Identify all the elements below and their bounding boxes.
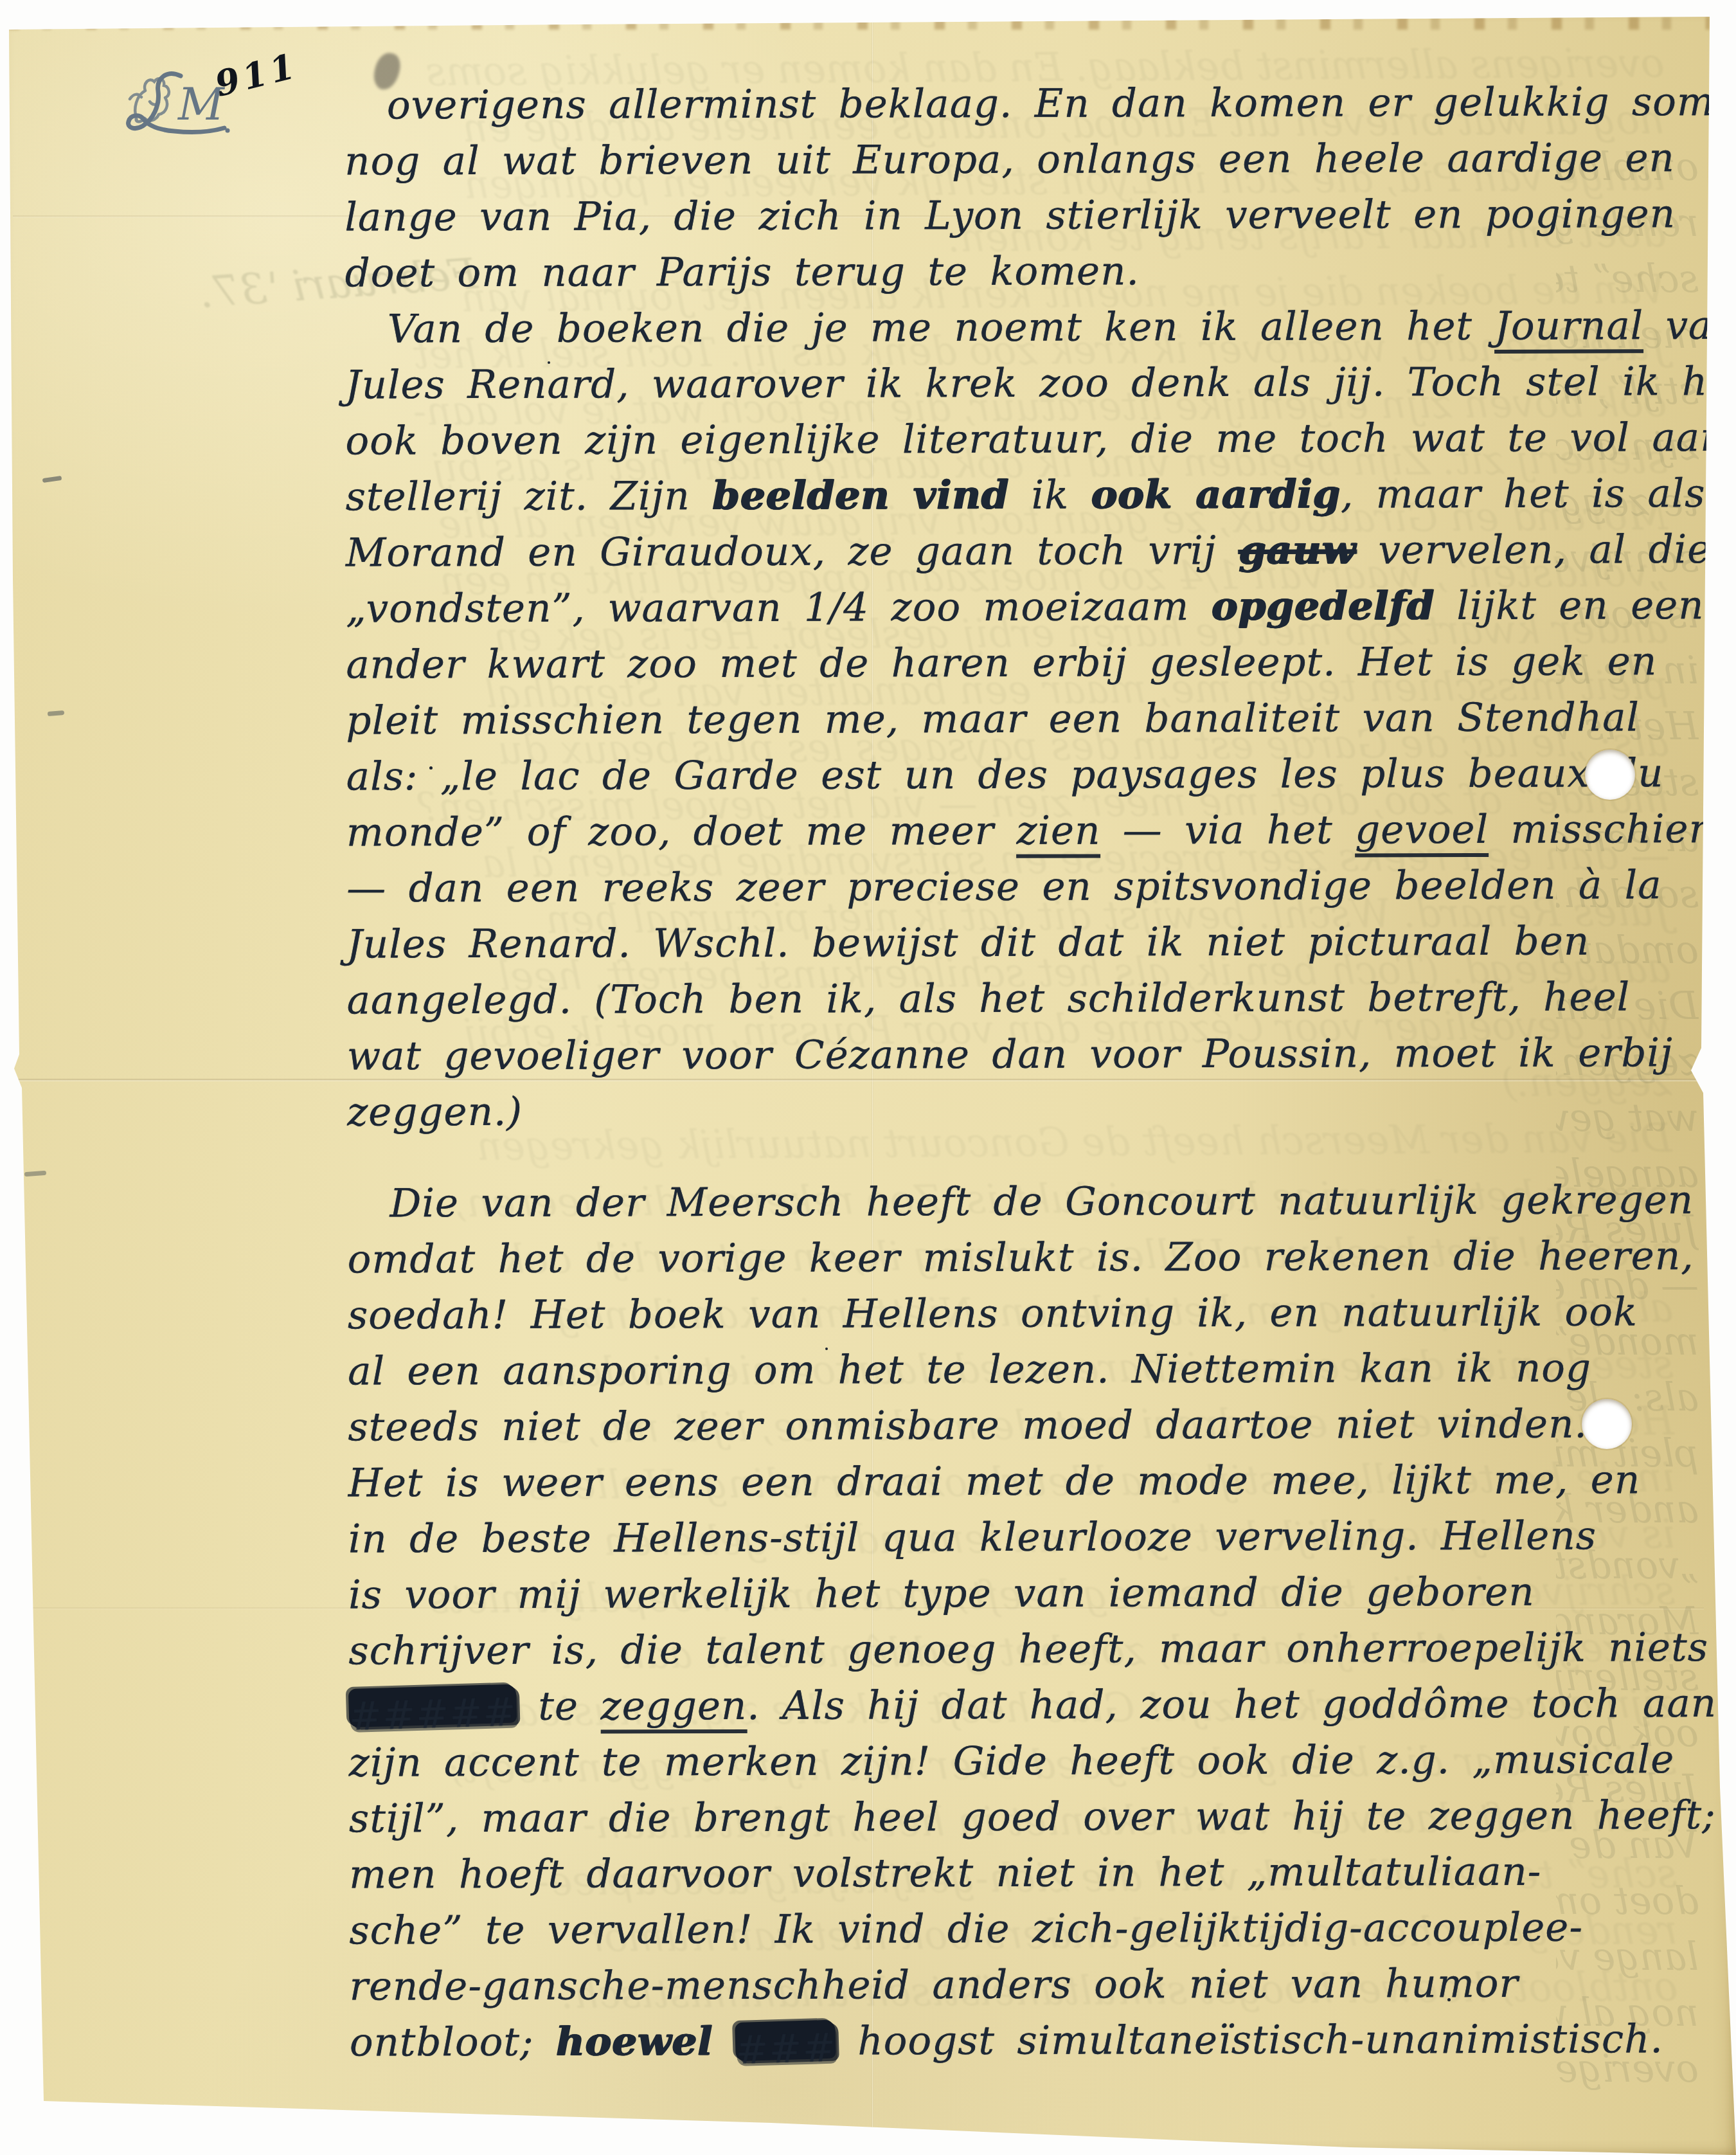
letter-text: nog al wat brieven uit Europa, onlangs e… xyxy=(345,135,1675,184)
letter-text: als: „le lac de Garde est un des paysage… xyxy=(346,750,1664,799)
letter-text: lange van Pia, die zich in Lyon stierlij… xyxy=(345,191,1676,240)
letter-text: schrijver is, die talent genoeg heeft, m… xyxy=(348,1625,1708,1674)
letter-line: ander kwart zoo met de haren erbij gesle… xyxy=(346,633,1618,692)
letter-line: wat gevoeliger voor Cézanne dan voor Pou… xyxy=(347,1025,1620,1084)
letter-text: „vondsten”, waarvan 1/4 zoo moeizaam xyxy=(346,584,1212,632)
letter-line: zijn accent te merken zijn! Gide heeft o… xyxy=(349,1731,1622,1790)
letter-line: monde” of zoo, doet me meer zien — via h… xyxy=(346,801,1619,860)
letter-line: stellerij zit. Zijn beelden vind ik ook … xyxy=(346,465,1618,525)
letter-text: rende-gansche-menschheid anders ook niet… xyxy=(350,1961,1519,2010)
letter-text: stijl”, maar die brengt heel goed over w… xyxy=(349,1792,1716,1842)
letter-text: Jules Renard. Wschl. bewijst dit dat ik … xyxy=(346,919,1589,968)
stamp-period-dot xyxy=(226,129,230,133)
letter-text: soedah! Het boek van Hellens ontving ik,… xyxy=(348,1289,1638,1338)
letter-line: steeds niet de zeer onmisbare moed daart… xyxy=(348,1396,1620,1455)
letter-text: omdat het de vorige keer mislukt is. Zoo… xyxy=(348,1233,1694,1282)
letter-text: zeggen xyxy=(600,1683,747,1734)
letter-text: lijkt en een xyxy=(1435,582,1705,629)
letter-line: Het is weer eens een draai met de mode m… xyxy=(348,1452,1621,1511)
letter-text: zeggen.) xyxy=(347,1089,523,1135)
letter-line: pleit misschien tegen me, maar een banal… xyxy=(346,689,1618,748)
letter-text: , maar het is als bij xyxy=(1341,471,1736,518)
letter-text: steeds niet de zeer onmisbare moed daart… xyxy=(348,1402,1588,1450)
letter-line: ##### te zeggen. Als hij dat had, zou he… xyxy=(348,1675,1621,1735)
letter-line: — dan een reeks zeer preciese en spitsvo… xyxy=(346,857,1619,916)
letter-text: Journal xyxy=(1494,303,1643,354)
letter-line: „vondsten”, waarvan 1/4 zoo moeizaam opg… xyxy=(346,577,1618,636)
letter-line: Van de boeken die je me noemt ken ik all… xyxy=(345,298,1618,357)
letter-text: sche” te vervallen! Ik vind die zich-gel… xyxy=(349,1905,1583,1954)
letter-line: Jules Renard, waarover ik krek zoo denk … xyxy=(345,354,1618,413)
letter-line: ontbloot; hoewel ### hoogst simultaneïst… xyxy=(350,2011,1622,2070)
letter-text: wat gevoeliger voor Cézanne dan voor Pou… xyxy=(347,1030,1673,1079)
letter-page: overigens allerminst beklaag. En dan kom… xyxy=(0,0,1736,2155)
letter-line: rende-gansche-menschheid anders ook niet… xyxy=(350,1955,1622,2014)
letter-line: lange van Pia, die zich in Lyon stierlij… xyxy=(345,186,1617,245)
letter-line: aangelegd. (Toch ben ik, als het schilde… xyxy=(347,969,1620,1028)
letter-text: overigens allerminst beklaag. En dan kom… xyxy=(387,79,1735,128)
scanned-letter: overigens allerminst beklaag. En dan kom… xyxy=(0,0,1736,2155)
letter-text: is voor mij werkelijk het type van ieman… xyxy=(348,1569,1535,1618)
letter-line: Morand en Giraudoux, ze gaan toch vrij g… xyxy=(346,521,1618,581)
letter-text: Jules Renard, waarover ik krek zoo denk … xyxy=(345,359,1736,408)
punch-hole xyxy=(1585,750,1635,800)
letter-text: beelden vind xyxy=(712,473,1009,519)
letter-line: stijl”, maar die brengt heel goed over w… xyxy=(349,1787,1622,1846)
paper-top-edge-discoloration xyxy=(9,17,1710,30)
letter-line: ook boven zijn eigenlijke literatuur, di… xyxy=(345,410,1618,469)
letter-text: zien xyxy=(1016,808,1100,858)
letter-line: omdat het de vorige keer mislukt is. Zoo… xyxy=(348,1228,1620,1287)
letter-text: Die van der Meersch heeft de Goncourt na… xyxy=(389,1177,1694,1226)
letter-text: gevoel xyxy=(1355,807,1489,858)
letter-line: doet om naar Parijs terug te komen. xyxy=(345,242,1618,301)
letter-text: van xyxy=(1643,303,1736,348)
punch-hole xyxy=(1582,1399,1632,1449)
letter-line: zeggen.) xyxy=(347,1081,1620,1140)
letter-text: pleit misschien tegen me, maar een banal… xyxy=(346,694,1640,743)
letter-line: Jules Renard. Wschl. bewijst dit dat ik … xyxy=(346,913,1619,972)
letter-text: te xyxy=(516,1684,601,1729)
letter-line: schrijver is, die talent genoeg heeft, m… xyxy=(348,1619,1621,1679)
letter-text: ander kwart zoo met de haren erbij gesle… xyxy=(346,638,1657,687)
letter-text: opgedelfd xyxy=(1212,583,1435,629)
letter-line: al een aansporing om het te lezen. Niett… xyxy=(348,1340,1620,1399)
letter-body: overigens allerminst beklaag. En dan kom… xyxy=(345,74,1622,2070)
letter-line: soedah! Het boek van Hellens ontving ik,… xyxy=(348,1284,1620,1343)
letter-text: ook aardig xyxy=(1091,472,1341,518)
letter-text: Morand en Giraudoux, ze gaan toch vrij xyxy=(346,528,1239,576)
letter-text: — via het xyxy=(1100,807,1355,853)
letter-line: nog al wat brieven uit Europa, onlangs e… xyxy=(345,130,1617,189)
letter-text: Het is weer eens een draai met de mode m… xyxy=(348,1457,1641,1506)
letter-text: gauw xyxy=(1239,527,1356,573)
letter-text: ontbloot; xyxy=(350,2019,556,2066)
scribbled-out-word: ### xyxy=(735,2020,836,2061)
letter-text: in de beste Hellens-stijl qua kleurlooze… xyxy=(348,1513,1597,1562)
paragraph: Van de boeken die je me noemt ken ik all… xyxy=(345,298,1620,1140)
letter-line: is voor mij werkelijk het type van ieman… xyxy=(348,1564,1621,1623)
letter-text: . Als hij dat had, zou het goddôme toch … xyxy=(747,1681,1717,1729)
letter-text: monde” of zoo, doet me meer xyxy=(346,808,1017,856)
letter-line: Die van der Meersch heeft de Goncourt na… xyxy=(347,1172,1620,1231)
letter-text: doet om naar Parijs terug te komen. xyxy=(345,248,1140,296)
scribbled-out-word: ##### xyxy=(348,1684,517,1727)
letter-text: aangelegd. (Toch ben ik, als het schilde… xyxy=(347,974,1631,1023)
letter-text: misschien? xyxy=(1489,806,1736,852)
letter-text: ik xyxy=(1009,473,1091,518)
letter-text xyxy=(713,2019,735,2064)
paragraph: Die van der Meersch heeft de Goncourt na… xyxy=(347,1172,1622,2070)
letter-text: hoogst simultaneïstisch-unanimistisch. xyxy=(836,2016,1663,2064)
letter-line: overigens allerminst beklaag. En dan kom… xyxy=(345,74,1617,133)
letter-text: Van de boeken die je me noemt ken ik all… xyxy=(388,303,1495,352)
letter-text: men hoeft daarvoor volstrekt niet in het… xyxy=(349,1849,1541,1898)
letter-text: ook boven zijn eigenlijke literatuur, di… xyxy=(345,415,1736,464)
letter-line: sche” te vervallen! Ik vind die zich-gel… xyxy=(349,1899,1622,1958)
letter-text: zijn accent te merken zijn! Gide heeft o… xyxy=(349,1736,1675,1785)
letter-line: men hoeft daarvoor volstrekt niet in het… xyxy=(349,1843,1622,1902)
letter-text: stellerij zit. Zijn xyxy=(346,473,713,519)
letter-text: hoewel xyxy=(556,2019,713,2065)
letter-text: — dan een reeks zeer preciese en spitsvo… xyxy=(346,862,1662,911)
paragraph: overigens allerminst beklaag. En dan kom… xyxy=(345,74,1618,301)
letter-text: vervelen, al die xyxy=(1356,527,1711,573)
letter-line: in de beste Hellens-stijl qua kleurlooze… xyxy=(348,1508,1621,1567)
letter-line: als: „le lac de Garde est un des paysage… xyxy=(346,745,1619,804)
letter-text: al een aansporing om het te lezen. Niett… xyxy=(348,1346,1591,1394)
